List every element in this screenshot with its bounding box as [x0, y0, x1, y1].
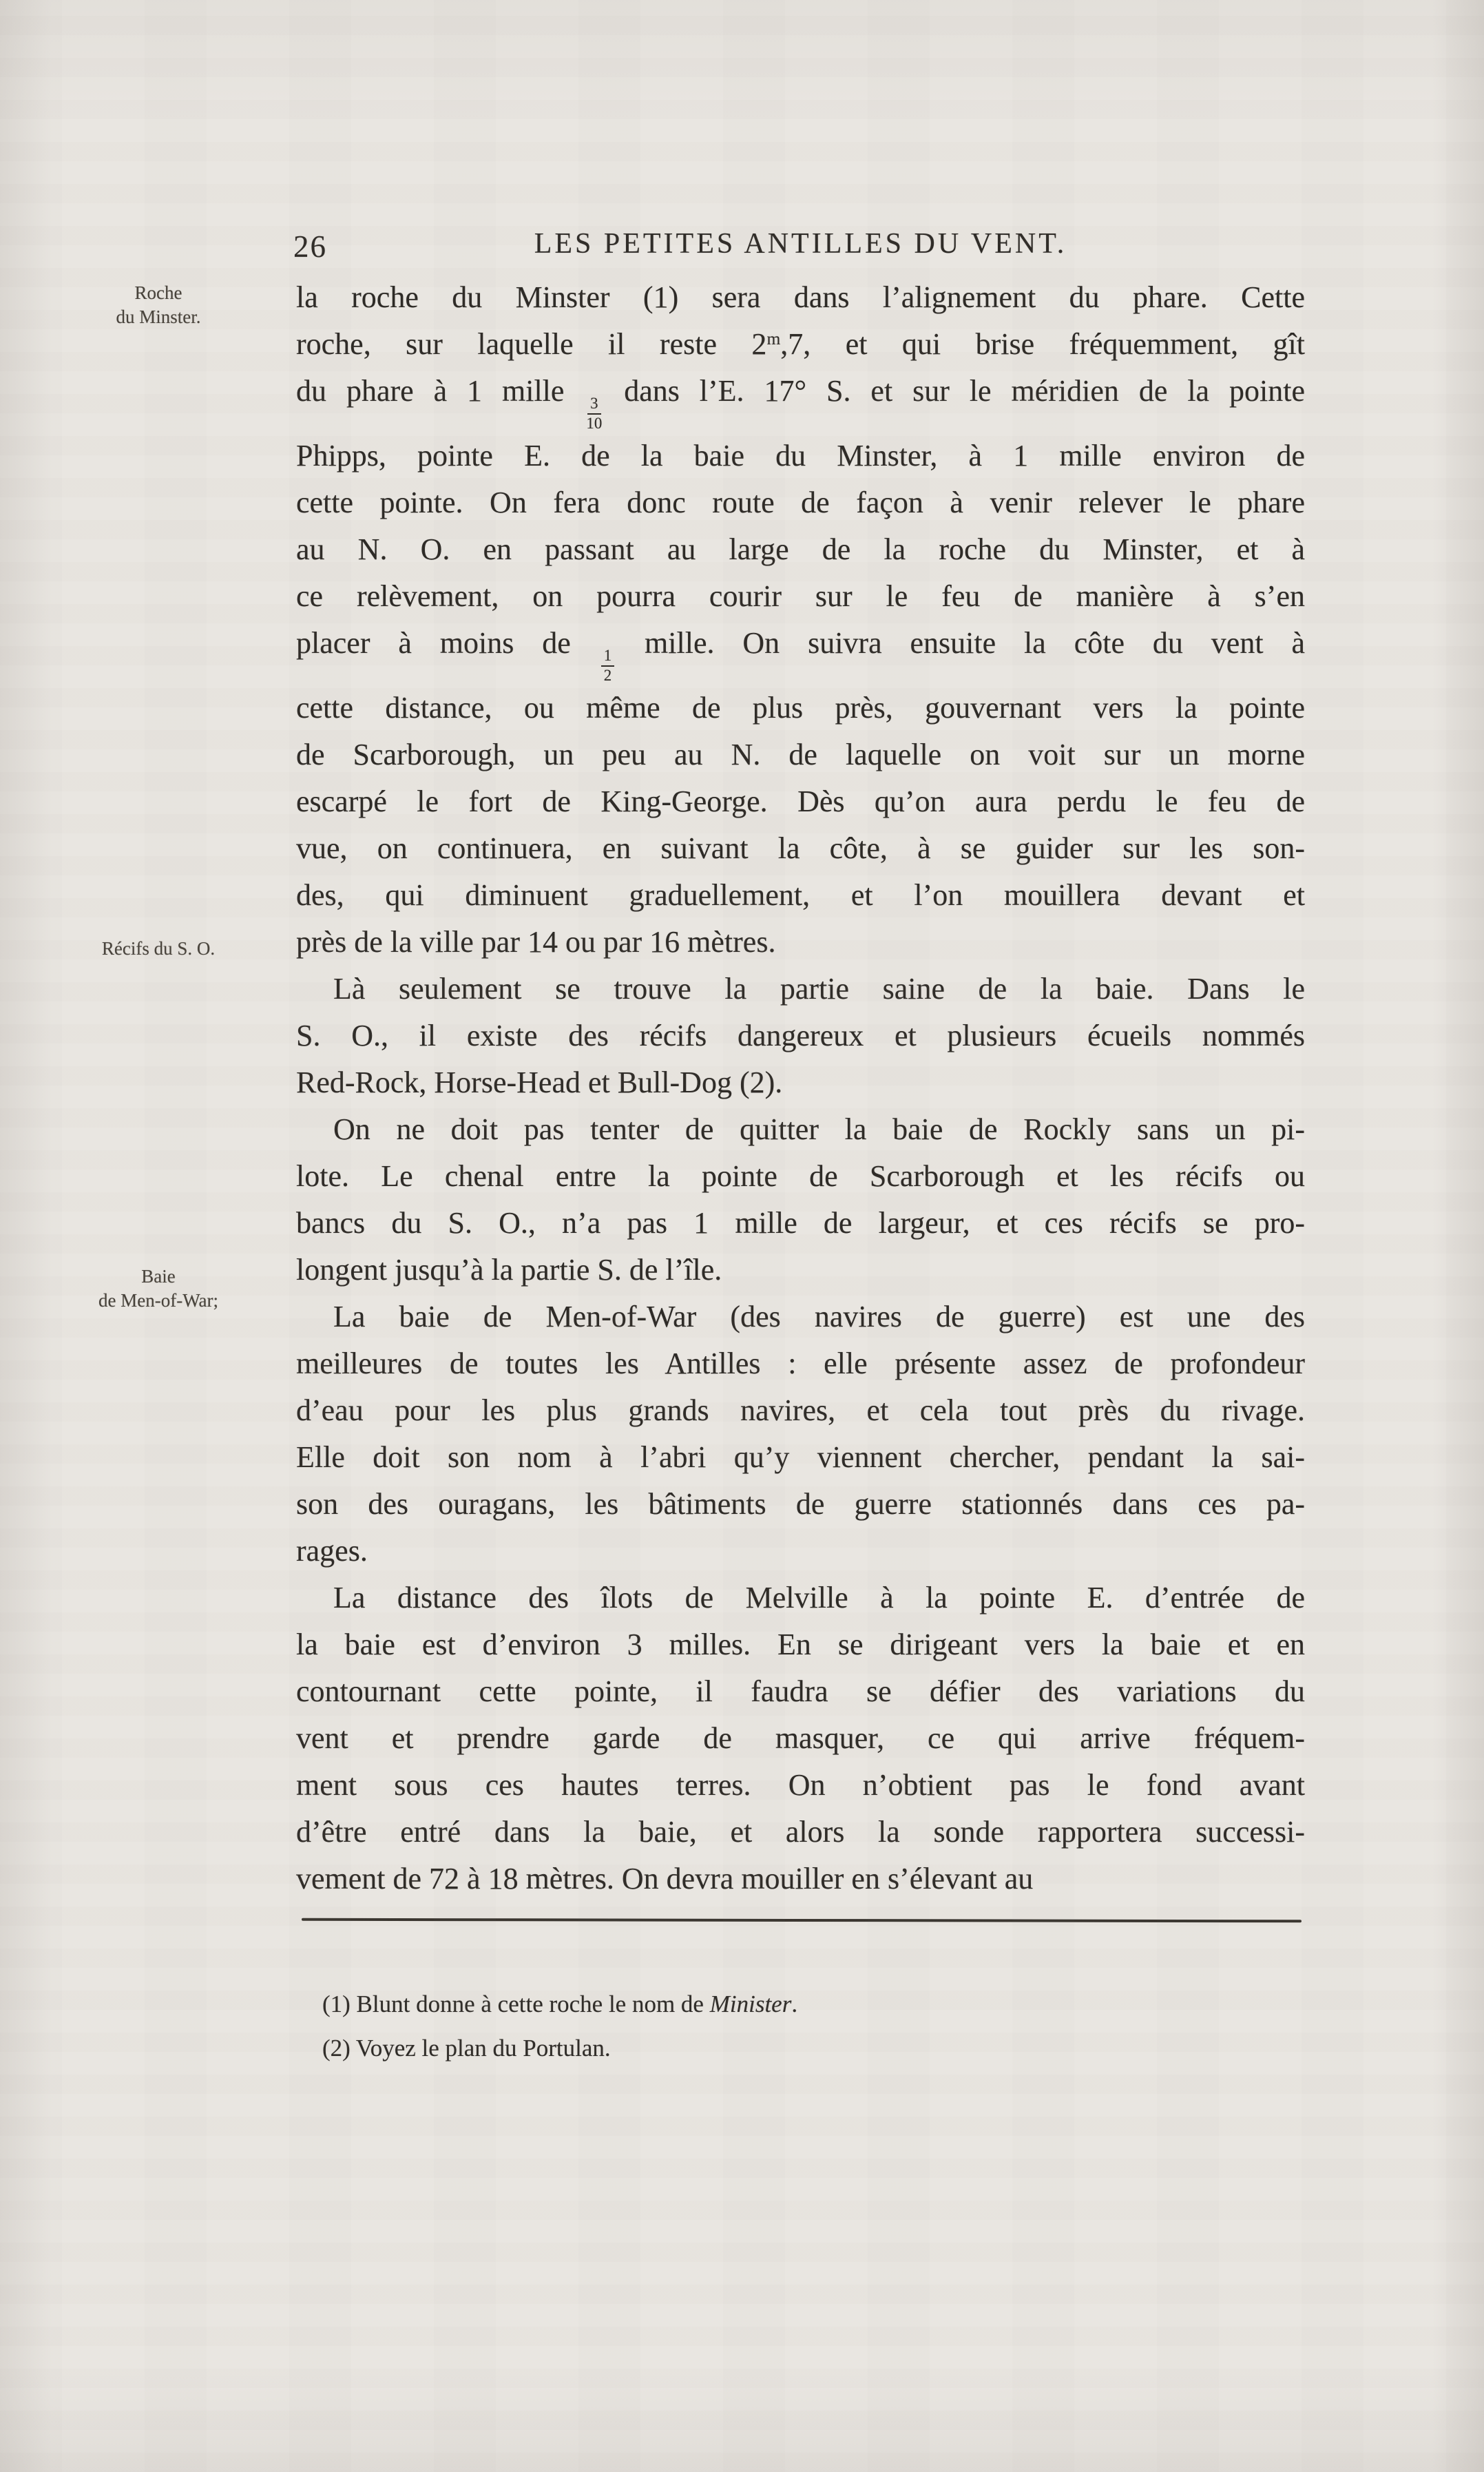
body-line: meilleures de toutes les Antilles : elle…	[296, 1340, 1305, 1387]
body-line: bancs du S. O., n’a pas 1 mille de large…	[296, 1200, 1305, 1247]
body-line: Là seulement se trouve la partie saine d…	[296, 966, 1305, 1012]
body-line: ment sous ces hautes terres. On n’obtien…	[296, 1762, 1305, 1809]
margin-note-line: Baie	[31, 1265, 286, 1289]
margin-note-line: Roche	[31, 281, 286, 305]
body-line: placer à moins de 12 mille. On suivra en…	[296, 620, 1305, 685]
margin-note: Rochedu Minster.	[31, 281, 286, 329]
body-line: S. O., il existe des récifs dangereux et…	[296, 1012, 1305, 1059]
body-line: au N. O. en passant au large de la roche…	[296, 526, 1305, 573]
superscript: m	[766, 329, 780, 349]
stacked-fraction: 12	[601, 647, 614, 684]
body-line: contournant cette pointe, il faudra se d…	[296, 1668, 1305, 1715]
body-line: cette distance, ou même de plus près, go…	[296, 685, 1305, 731]
body-line: longent jusqu’à la partie S. de l’île.	[296, 1247, 1305, 1294]
footnote: (2) Voyez le plan du Portulan.	[322, 2026, 1300, 2070]
body-line: escarpé le fort de King-George. Dès qu’o…	[296, 778, 1305, 825]
body-line: rages.	[296, 1528, 1305, 1575]
body-line: de Scarborough, un peu au N. de laquelle…	[296, 731, 1305, 778]
body-line: son des ouragans, les bâtiments de guerr…	[296, 1481, 1305, 1528]
body-line: ce relèvement, on pourra courir sur le f…	[296, 573, 1305, 620]
body-line: Phipps, pointe E. de la baie du Minster,…	[296, 433, 1305, 479]
body-line: lote. Le chenal entre la pointe de Scarb…	[296, 1153, 1305, 1200]
footnotes: (1) Blunt donne à cette roche le nom de …	[322, 1982, 1300, 2070]
body-line: vue, on continuera, en suivant la côte, …	[296, 825, 1305, 872]
body-line: vement de 72 à 18 mètres. On devra mouil…	[296, 1856, 1305, 1902]
margin-note-line: du Minster.	[31, 305, 286, 329]
body-line: vent et prendre garde de masquer, ce qui…	[296, 1715, 1305, 1762]
body-line: la roche du Minster (1) sera dans l’alig…	[296, 274, 1305, 321]
body-line: On ne doit pas tenter de quitter la baie…	[296, 1106, 1305, 1153]
margin-note-line: de Men-of-War;	[31, 1289, 286, 1313]
margin-note-line: Récifs du S. O.	[31, 937, 286, 961]
body-line: des, qui diminuent graduellement, et l’o…	[296, 872, 1305, 919]
footnote-rule	[302, 1918, 1302, 1923]
body-line: Elle doit son nom à l’abri qu’y viennent…	[296, 1434, 1305, 1481]
italic-text: Minister	[710, 1991, 792, 2017]
running-title: LES PETITES ANTILLES DU VENT.	[296, 227, 1305, 260]
body-line: la baie est d’environ 3 milles. En se di…	[296, 1621, 1305, 1668]
margin-note: Baiede Men-of-War;	[31, 1265, 286, 1313]
body-line: d’eau pour les plus grands navires, et c…	[296, 1387, 1305, 1434]
body-line: La baie de Men-of-War (des navires de gu…	[296, 1294, 1305, 1340]
body-line: cette pointe. On fera donc route de faço…	[296, 479, 1305, 526]
book-page: 26 LES PETITES ANTILLES DU VENT. Rochedu…	[0, 0, 1484, 2472]
body-line: d’être entré dans la baie, et alors la s…	[296, 1809, 1305, 1856]
body-line: roche, sur laquelle il reste 2m,7, et qu…	[296, 321, 1305, 368]
margin-note: Récifs du S. O.	[31, 937, 286, 961]
body-line: près de la ville par 14 ou par 16 mètres…	[296, 919, 1305, 966]
footnote: (1) Blunt donne à cette roche le nom de …	[322, 1982, 1300, 2026]
body-line: La distance des îlots de Melville à la p…	[296, 1575, 1305, 1621]
body-line: du phare à 1 mille 310 dans l’E. 17° S. …	[296, 368, 1305, 433]
body-line: Red-Rock, Horse-Head et Bull-Dog (2).	[296, 1059, 1305, 1106]
page-number: 26	[293, 229, 327, 264]
page-header: 26 LES PETITES ANTILLES DU VENT.	[296, 227, 1305, 276]
body-text: la roche du Minster (1) sera dans l’alig…	[296, 274, 1305, 1902]
stacked-fraction: 310	[586, 395, 602, 432]
